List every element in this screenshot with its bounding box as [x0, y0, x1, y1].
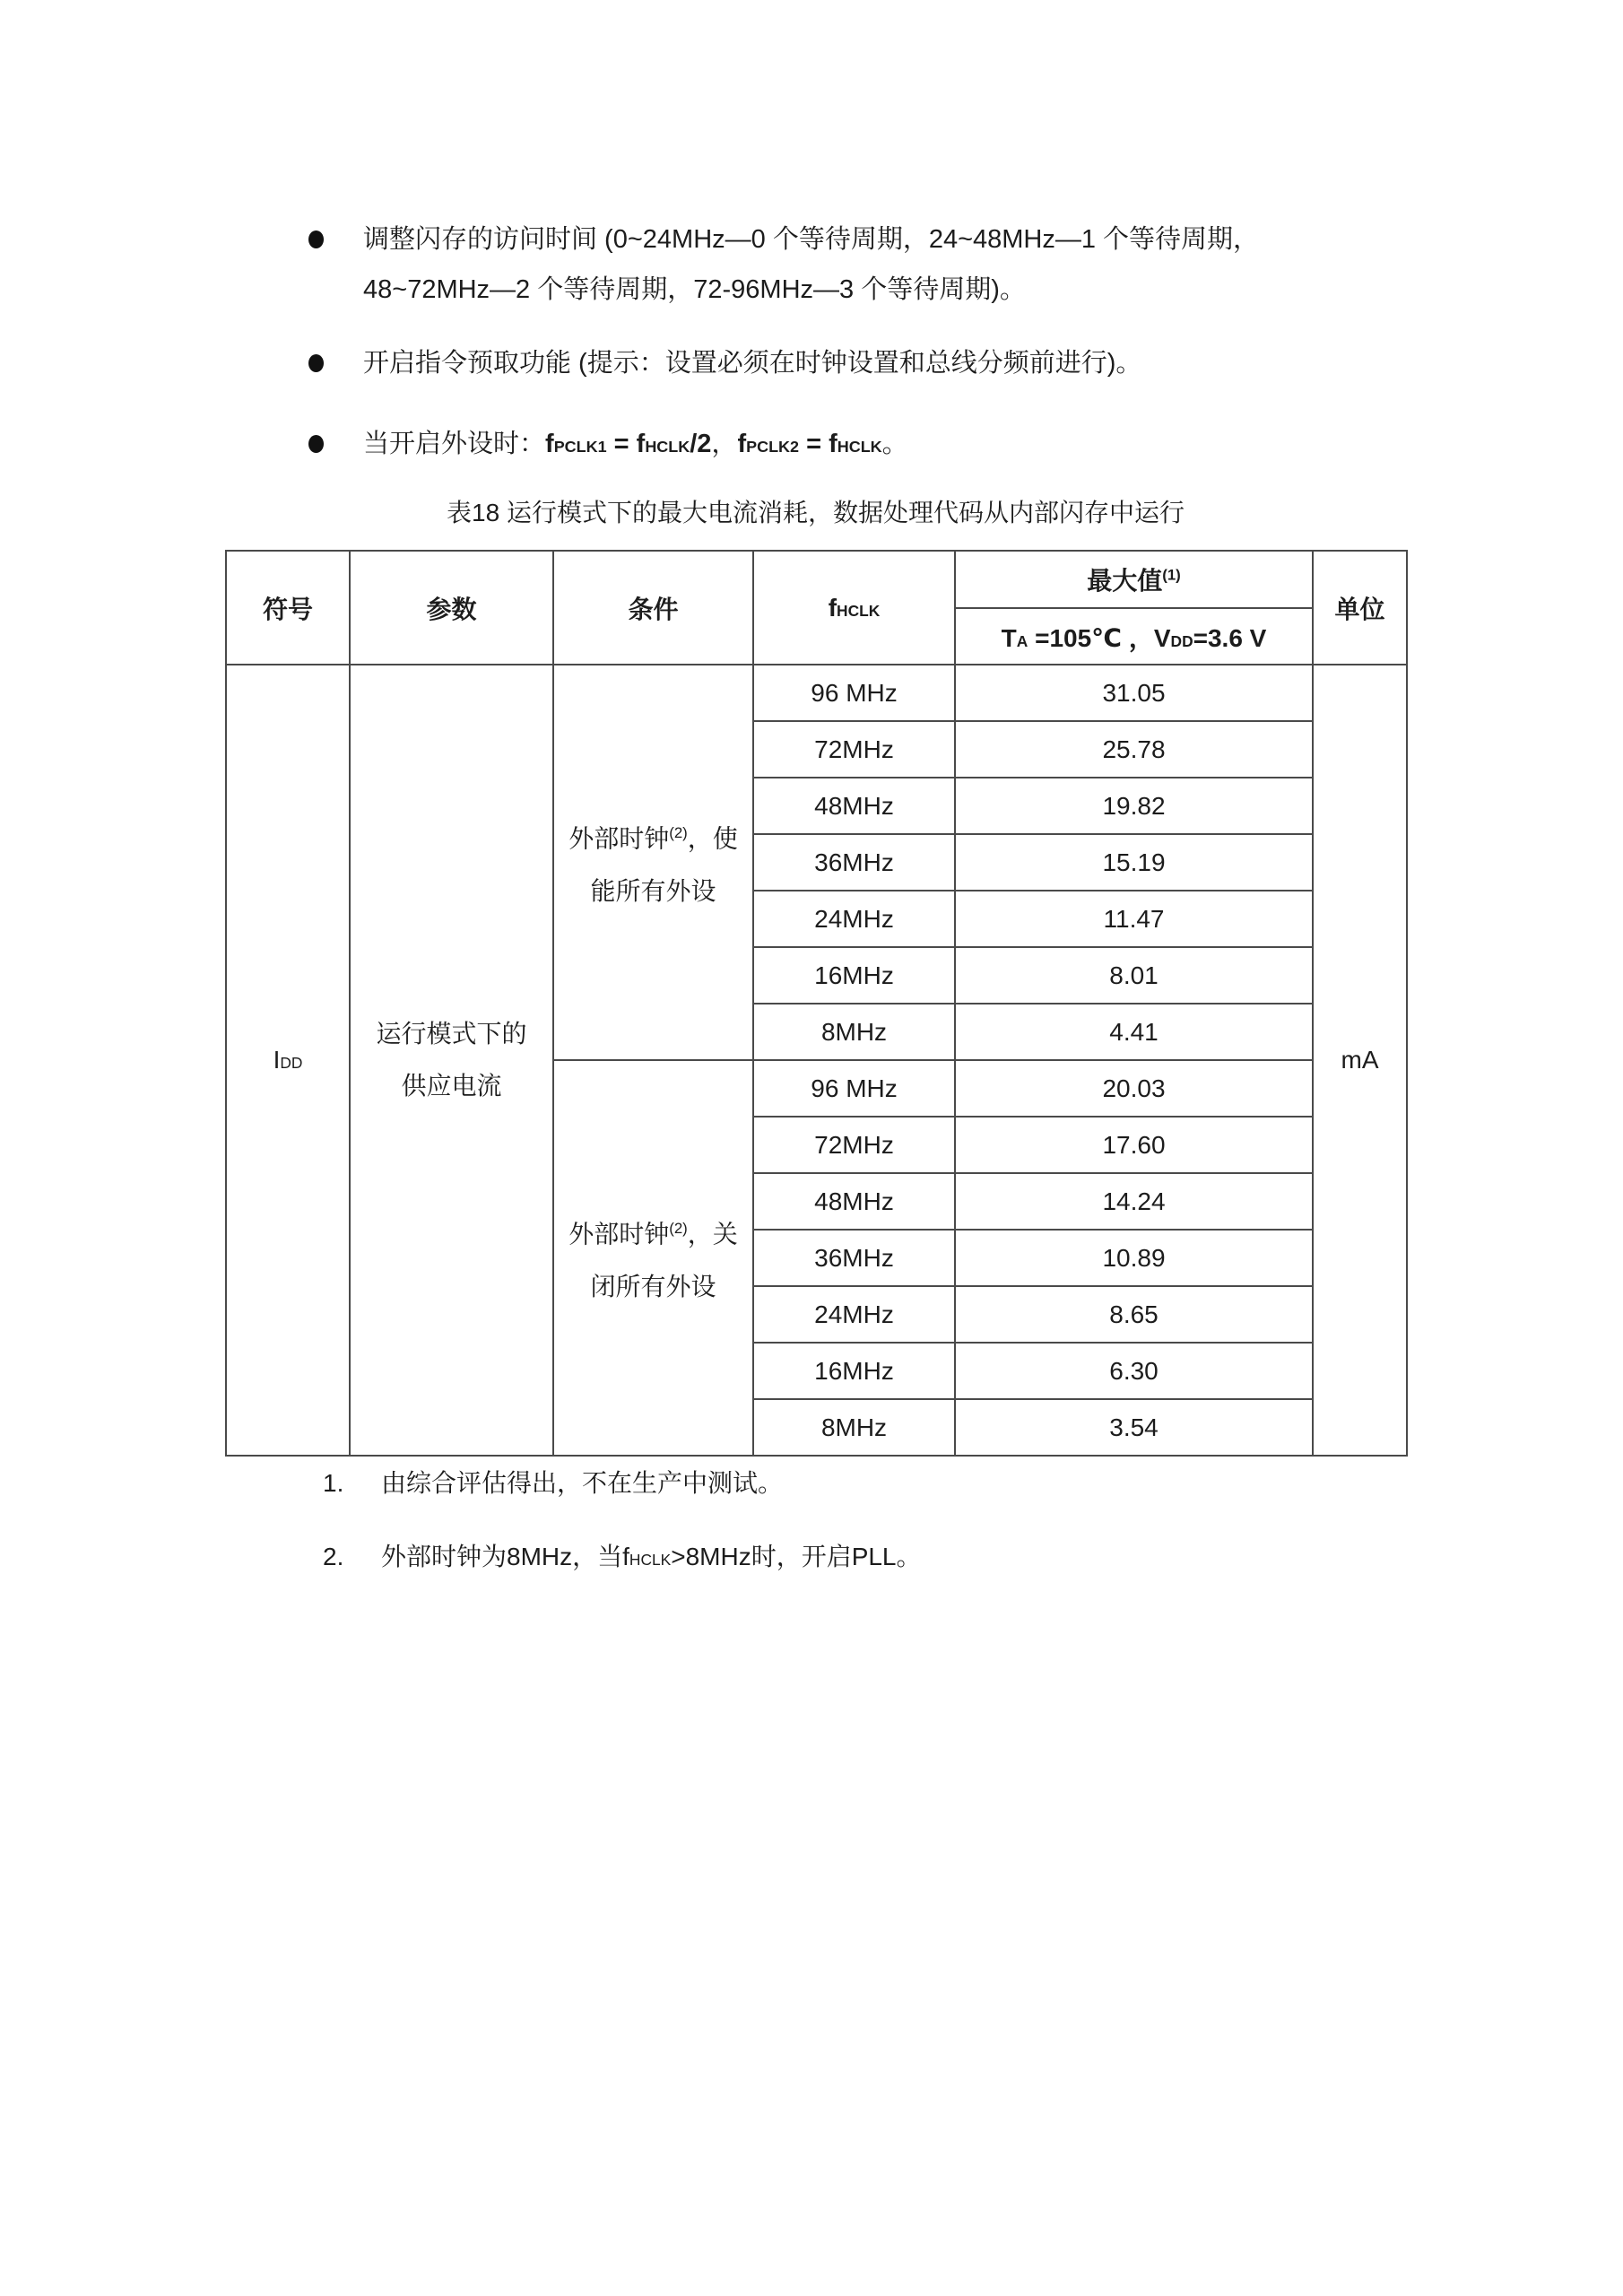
- bullet-icon: [308, 214, 363, 315]
- fhclk-cell: 16MHz: [753, 1343, 955, 1399]
- value-cell: 20.03: [955, 1060, 1313, 1117]
- fhclk-cell: 96 MHz: [753, 1060, 955, 1117]
- value-cell: 14.24: [955, 1173, 1313, 1230]
- fhclk-cell: 36MHz: [753, 834, 955, 891]
- value-cell: 25.78: [955, 721, 1313, 778]
- condition-cell-peripherals-disabled: 外部时钟(2)，关闭所有外设: [553, 1060, 753, 1456]
- fhclk-cell: 48MHz: [753, 1173, 955, 1230]
- document-page: 调整闪存的访问时间 (0~24MHz—0 个等待周期，24~48MHz—1 个等…: [0, 0, 1623, 2296]
- bullet-icon: [308, 419, 363, 472]
- fhclk-cell: 72MHz: [753, 1117, 955, 1173]
- bullet-item-prefetch: 开启指令预取功能 (提示：设置必须在时钟设置和总线分频前进行)。: [308, 338, 1411, 389]
- value-cell: 17.60: [955, 1117, 1313, 1173]
- footnote-number: 1.: [323, 1458, 381, 1509]
- fhclk-cell: 36MHz: [753, 1230, 955, 1286]
- header-max-value: 最大值(1): [955, 551, 1313, 608]
- fhclk-cell: 8MHz: [753, 1004, 955, 1060]
- header-fhclk: fHCLK: [753, 551, 955, 665]
- bullet-item-flash-wait-states: 调整闪存的访问时间 (0~24MHz—0 个等待周期，24~48MHz—1 个等…: [308, 214, 1411, 315]
- value-cell: 15.19: [955, 834, 1313, 891]
- bullet-text: 调整闪存的访问时间 (0~24MHz—0 个等待周期，24~48MHz—1 个等…: [363, 214, 1411, 315]
- fhclk-cell: 72MHz: [753, 721, 955, 778]
- footnote-text: 由综合评估得出，不在生产中测试。: [381, 1458, 783, 1509]
- fhclk-cell: 8MHz: [753, 1399, 955, 1456]
- fhclk-cell: 24MHz: [753, 891, 955, 947]
- value-cell: 6.30: [955, 1343, 1313, 1399]
- value-cell: 31.05: [955, 665, 1313, 721]
- value-cell: 4.41: [955, 1004, 1313, 1060]
- fhclk-cell: 16MHz: [753, 947, 955, 1004]
- fhclk-cell: 96 MHz: [753, 665, 955, 721]
- header-symbol: 符号: [226, 551, 350, 665]
- bullet-list: 调整闪存的访问时间 (0~24MHz—0 个等待周期，24~48MHz—1 个等…: [308, 214, 1411, 472]
- footnote-number: 2.: [323, 1532, 381, 1585]
- value-cell: 8.01: [955, 947, 1313, 1004]
- footnote-text: 外部时钟为8MHz，当fHCLK>8MHz时，开启PLL。: [381, 1532, 922, 1585]
- value-cell: 8.65: [955, 1286, 1313, 1343]
- value-cell: 11.47: [955, 891, 1313, 947]
- spec-table-wrap: 符号 参数 条件 fHCLK 最大值(1) 单位 TA =105℃ ，VDD=3…: [225, 550, 1408, 1457]
- value-cell: 3.54: [955, 1399, 1313, 1456]
- unit-cell: mA: [1313, 665, 1407, 1456]
- footnote-1: 1. 由综合评估得出，不在生产中测试。: [323, 1458, 783, 1509]
- fhclk-cell: 24MHz: [753, 1286, 955, 1343]
- param-cell: 运行模式下的供应电流: [350, 665, 553, 1456]
- bullet-icon: [308, 338, 363, 389]
- bullet-text: 当开启外设时：fPCLK1 = fHCLK/2，fPCLK2 = fHCLK。: [363, 419, 1411, 472]
- symbol-cell-idd: IDD: [226, 665, 350, 1456]
- table-caption: 表18 运行模式下的最大电流消耗，数据处理代码从内部闪存中运行: [225, 488, 1406, 538]
- footnote-2: 2. 外部时钟为8MHz，当fHCLK>8MHz时，开启PLL。: [323, 1532, 922, 1585]
- value-cell: 10.89: [955, 1230, 1313, 1286]
- condition-cell-peripherals-enabled: 外部时钟(2)，使能所有外设: [553, 665, 753, 1060]
- header-param: 参数: [350, 551, 553, 665]
- value-cell: 19.82: [955, 778, 1313, 834]
- fhclk-cell: 48MHz: [753, 778, 955, 834]
- bullet-text: 开启指令预取功能 (提示：设置必须在时钟设置和总线分频前进行)。: [363, 338, 1411, 389]
- header-unit: 单位: [1313, 551, 1407, 665]
- current-consumption-table: 符号 参数 条件 fHCLK 最大值(1) 单位 TA =105℃ ，VDD=3…: [225, 550, 1408, 1457]
- header-cond: 条件: [553, 551, 753, 665]
- bullet-item-pclk-formula: 当开启外设时：fPCLK1 = fHCLK/2，fPCLK2 = fHCLK。: [308, 419, 1411, 472]
- header-max-condition: TA =105℃ ，VDD=3.6 V: [955, 608, 1313, 665]
